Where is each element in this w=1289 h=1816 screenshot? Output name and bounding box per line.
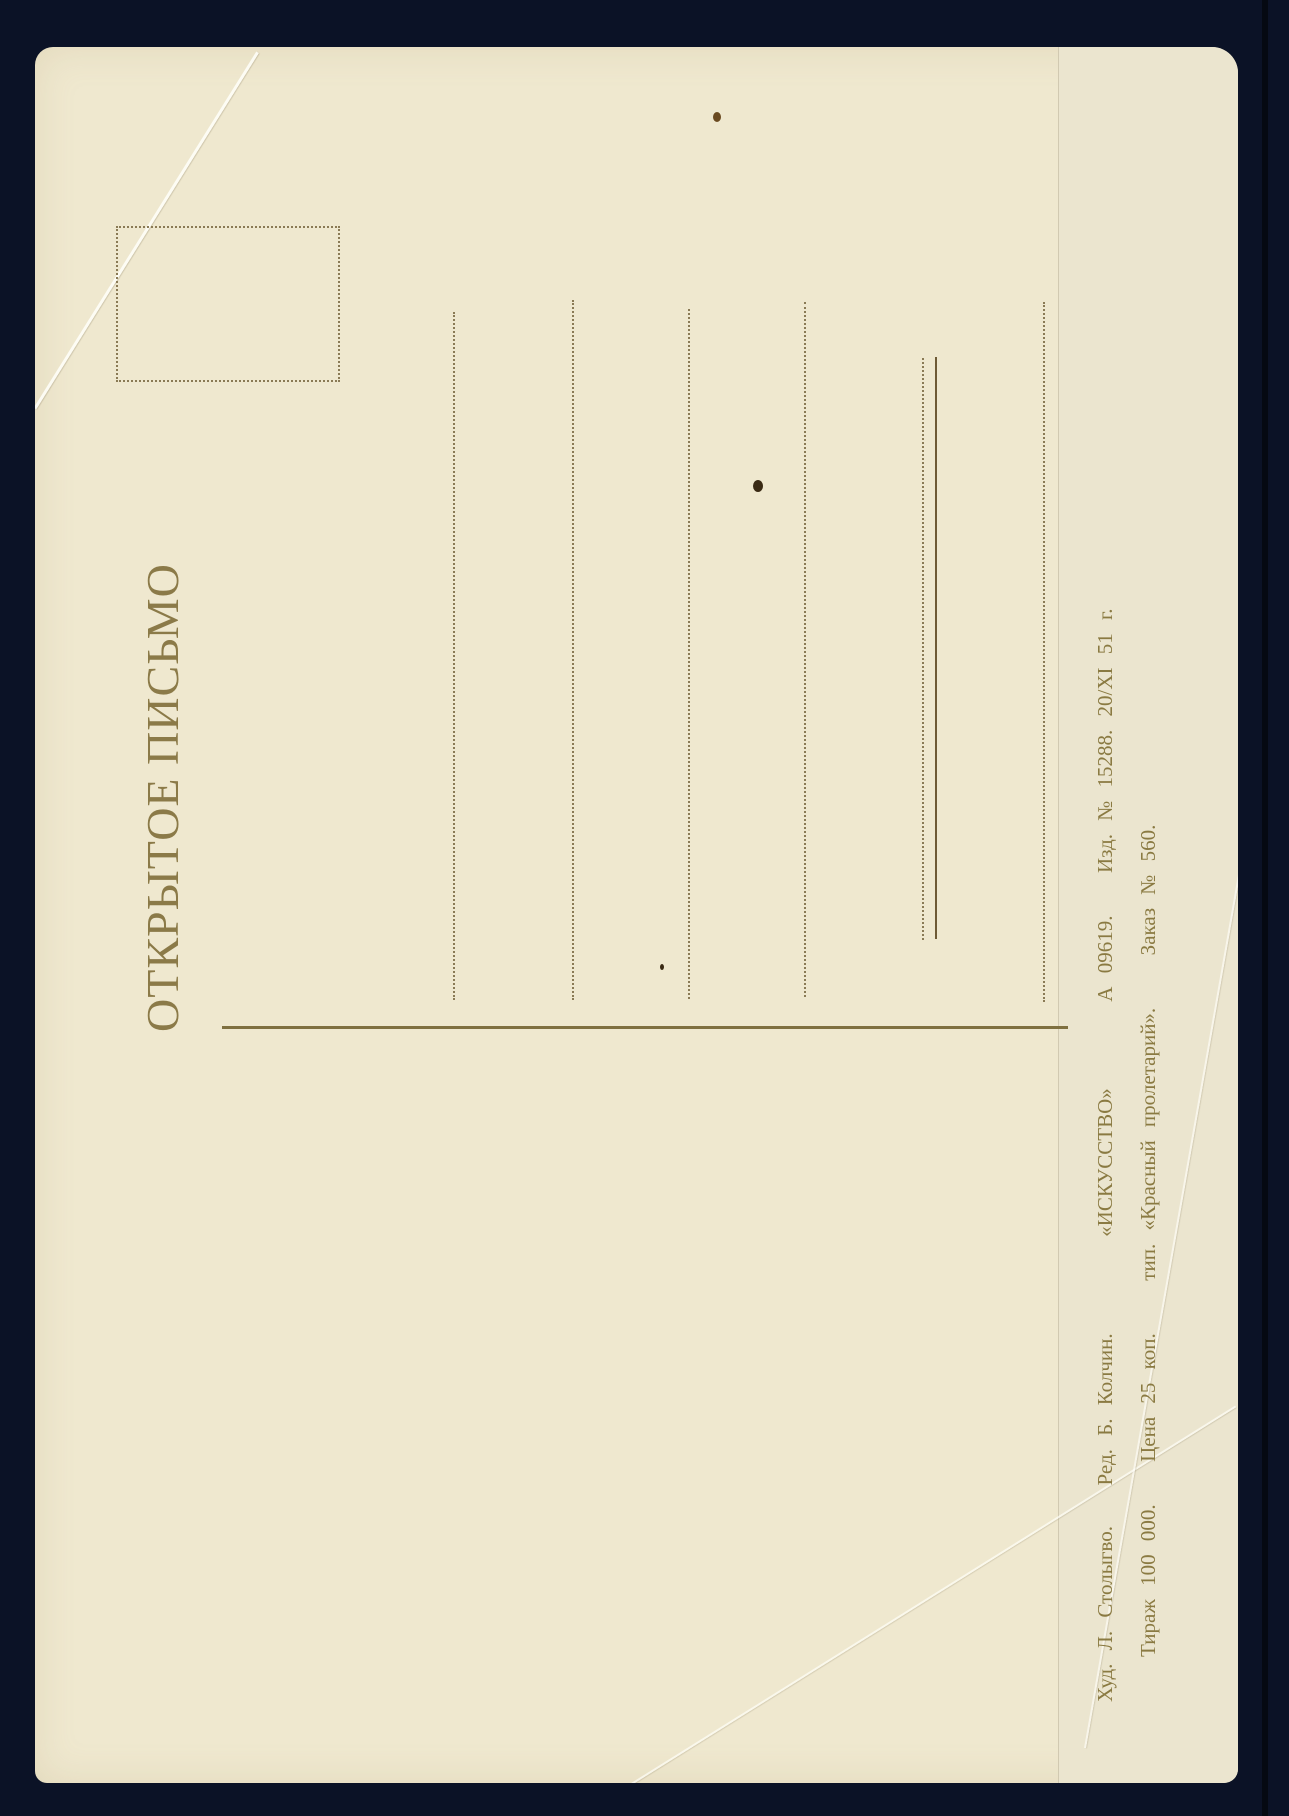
ink-spot (660, 964, 664, 970)
address-line-6 (1043, 302, 1045, 1002)
address-line-1 (453, 312, 455, 1000)
imprint-publisher: «ИСКУССТВО» (1093, 1088, 1117, 1237)
address-line-3 (688, 309, 690, 999)
imprint-code: А 09619. (1093, 916, 1117, 1002)
imprint-edition: Изд. № 15288. 20/XI 51 г. (1093, 608, 1117, 873)
postcard: ОТКРЫТОЕ ПИСЬМО Худ. Л. Столыгво. Ред. Б… (35, 47, 1238, 1783)
imprint-line-1: Худ. Л. Столыгво. Ред. Б. Колчин. «ИСКУС… (1095, 608, 1116, 1702)
imprint-editor: Ред. Б. Колчин. (1093, 1333, 1117, 1485)
imprint-artist: Худ. Л. Столыгво. (1093, 1526, 1117, 1702)
address-line-4 (804, 302, 806, 997)
stamp-box (116, 226, 340, 382)
imprint-printer: тип. «Красный пролетарий». (1136, 1008, 1160, 1281)
address-line-2 (572, 300, 574, 1000)
imprint-print-run: Тираж 100 000. (1136, 1504, 1160, 1657)
address-line-5 (922, 358, 924, 940)
ink-spot (753, 480, 763, 492)
imprint-order: Заказ № 560. (1136, 825, 1160, 956)
ink-spot (713, 112, 721, 122)
divider-line (222, 1026, 1068, 1029)
imprint-price: Цена 25 коп. (1136, 1333, 1160, 1462)
background-seam (1262, 0, 1268, 1816)
address-line-5-rule (935, 357, 937, 939)
imprint-line-2: Тираж 100 000. Цена 25 коп. тип. «Красны… (1138, 825, 1159, 1657)
card-title: ОТКРЫТОЕ ПИСЬМО (140, 563, 186, 1032)
